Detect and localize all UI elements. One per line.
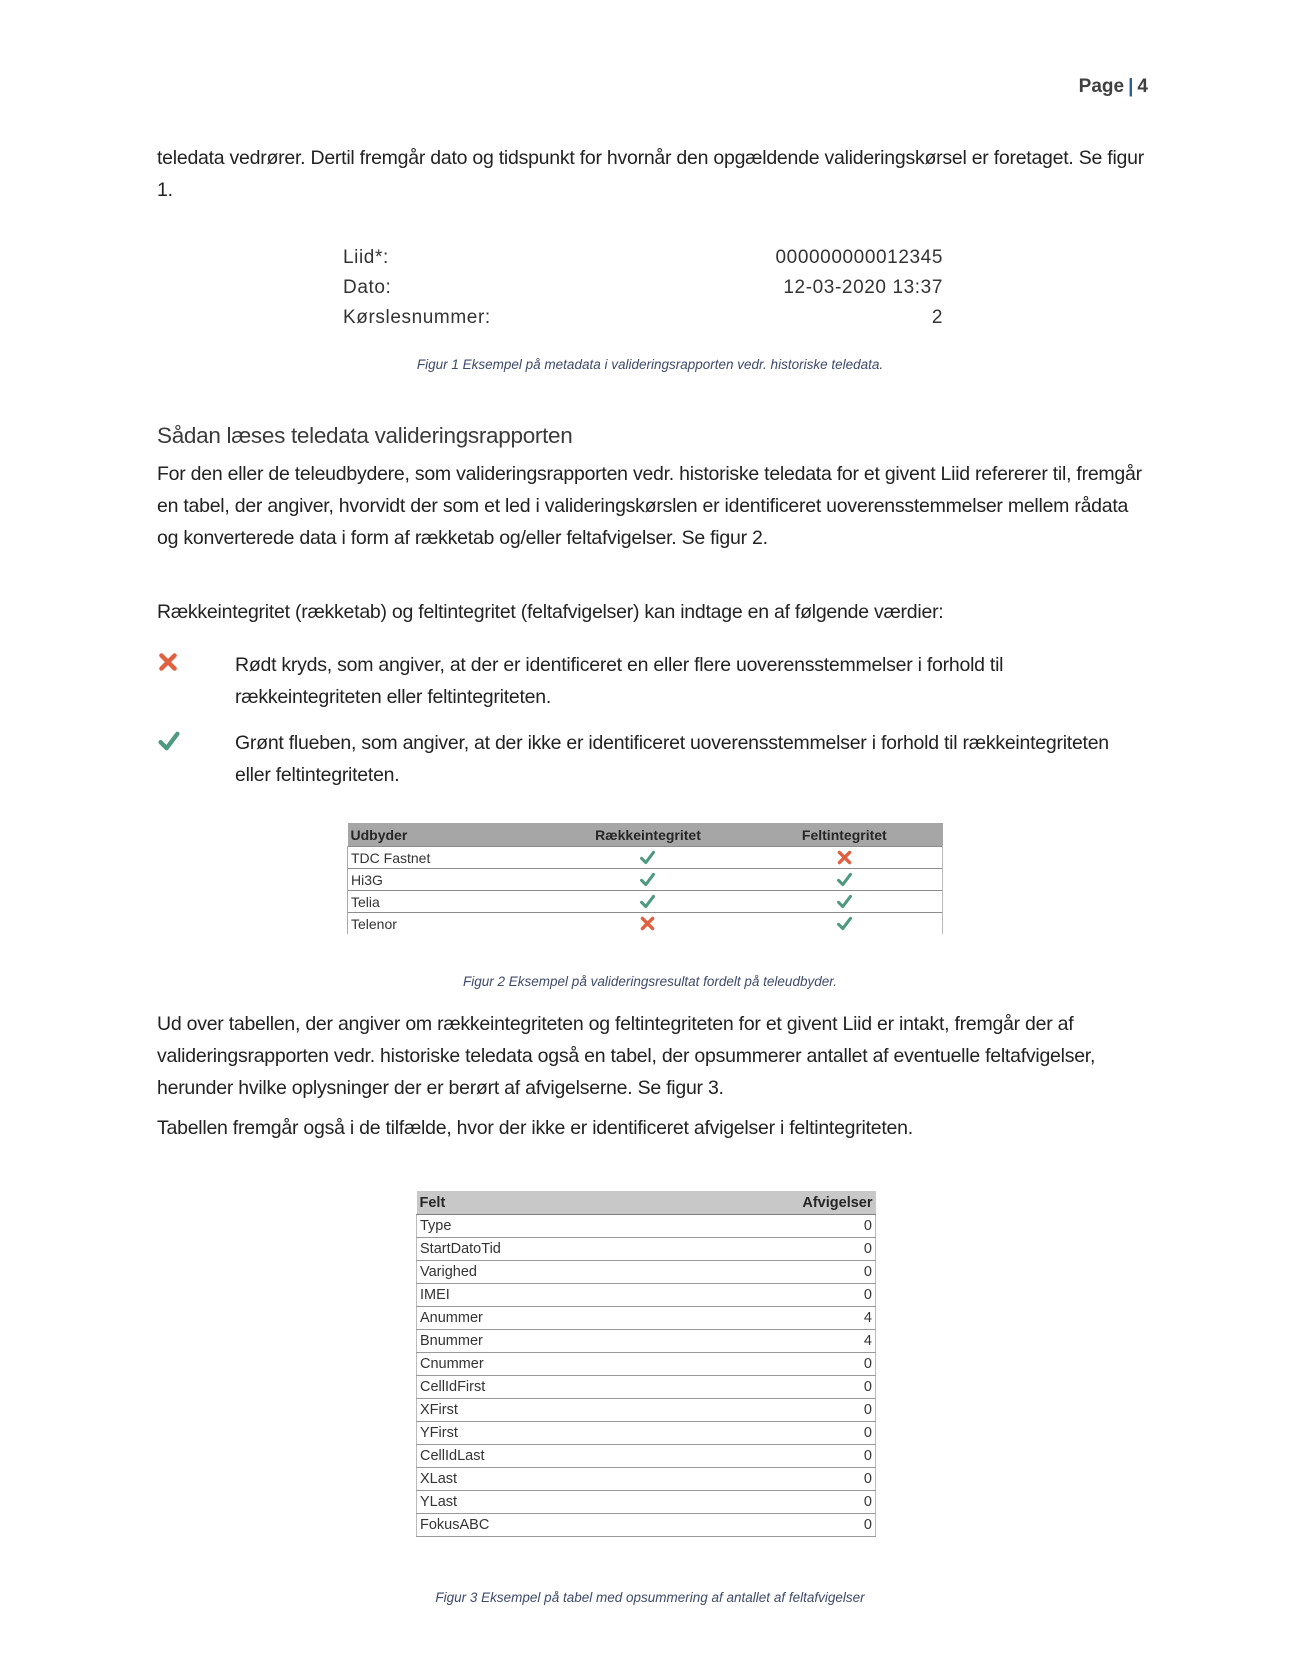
table-row: CellIdLast0 [417, 1445, 876, 1468]
metadata-label: Dato: [343, 273, 391, 303]
page-label: Page [1079, 76, 1124, 97]
section-body-paragraph: For den eller de teleudbydere, som valid… [157, 458, 1147, 554]
page-number: Page|4 [1079, 76, 1148, 98]
page-separator: | [1128, 76, 1133, 97]
table-row: YLast0 [417, 1491, 876, 1514]
metadata-value: 000000000012345 [775, 243, 943, 273]
after-table2-paragraph: Ud over tabellen, der angiver om rækkein… [157, 1008, 1147, 1104]
row-integrity-check-icon [550, 869, 746, 891]
field-name: FokusABC [417, 1514, 662, 1537]
field-deviation-table: Felt Afvigelser Type0StartDatoTid0Varigh… [416, 1191, 876, 1537]
field-integrity-cross-icon [746, 847, 942, 869]
deviation-count: 4 [662, 1307, 876, 1330]
row-integrity-check-icon [550, 847, 746, 869]
header-provider: Udbyder [348, 823, 550, 847]
table-row: CellIdFirst0 [417, 1376, 876, 1399]
metadata-value: 2 [932, 303, 943, 333]
field-integrity-check-icon [746, 913, 942, 935]
header-row-integrity: Rækkeintegritet [550, 823, 746, 847]
field-name: XLast [417, 1468, 662, 1491]
row-integrity-cross-icon [550, 913, 746, 935]
deviation-count: 0 [662, 1261, 876, 1284]
metadata-value: 12-03-2020 13:37 [783, 273, 943, 303]
field-name: Anummer [417, 1307, 662, 1330]
header-field-integrity: Feltintegritet [746, 823, 942, 847]
field-name: IMEI [417, 1284, 662, 1307]
values-intro-paragraph: Rækkeintegritet (rækketab) og feltintegr… [157, 596, 1147, 628]
table-row: Cnummer0 [417, 1353, 876, 1376]
table-row: Bnummer4 [417, 1330, 876, 1353]
row-integrity-check-icon [550, 891, 746, 913]
figure-1-caption: Figur 1 Eksempel på metadata i validerin… [0, 357, 1300, 372]
provider-name: Telenor [348, 913, 550, 935]
table-row: Telenor [348, 913, 943, 935]
metadata-row: Kørslesnummer:2 [343, 303, 943, 333]
table-note-paragraph: Tabellen fremgår også i de tilfælde, hvo… [157, 1112, 1147, 1144]
deviation-count: 0 [662, 1238, 876, 1261]
metadata-table: Liid*:000000000012345Dato:12-03-2020 13:… [343, 243, 943, 333]
field-name: YLast [417, 1491, 662, 1514]
table-row: Hi3G [348, 869, 943, 891]
table-row: YFirst0 [417, 1422, 876, 1445]
table-row: FokusABC0 [417, 1514, 876, 1537]
provider-name: TDC Fastnet [348, 847, 550, 869]
provider-integrity-table: Udbyder Rækkeintegritet Feltintegritet T… [347, 823, 943, 934]
deviation-count: 0 [662, 1422, 876, 1445]
metadata-label: Liid*: [343, 243, 389, 273]
field-integrity-check-icon [746, 869, 942, 891]
intro-paragraph: teledata vedrører. Dertil fremgår dato o… [157, 142, 1147, 206]
legend-text-check: Grønt flueben, som angiver, at der ikke … [235, 727, 1147, 791]
cross-icon [157, 649, 235, 713]
table-row: XLast0 [417, 1468, 876, 1491]
metadata-label: Kørslesnummer: [343, 303, 491, 333]
deviation-count: 0 [662, 1215, 876, 1238]
table-header-row: Udbyder Rækkeintegritet Feltintegritet [348, 823, 943, 847]
deviation-count: 0 [662, 1491, 876, 1514]
deviation-count: 0 [662, 1376, 876, 1399]
field-name: Bnummer [417, 1330, 662, 1353]
header-field: Felt [417, 1191, 662, 1215]
field-name: CellIdLast [417, 1445, 662, 1468]
field-integrity-check-icon [746, 891, 942, 913]
table-row: IMEI0 [417, 1284, 876, 1307]
table-row: XFirst0 [417, 1399, 876, 1422]
field-name: CellIdFirst [417, 1376, 662, 1399]
deviation-count: 0 [662, 1468, 876, 1491]
legend-item-cross: Rødt kryds, som angiver, at der er ident… [157, 649, 1147, 713]
metadata-row: Liid*:000000000012345 [343, 243, 943, 273]
deviation-count: 0 [662, 1514, 876, 1537]
deviation-count: 0 [662, 1445, 876, 1468]
field-name: Varighed [417, 1261, 662, 1284]
table-row: StartDatoTid0 [417, 1238, 876, 1261]
deviation-count: 4 [662, 1330, 876, 1353]
field-name: YFirst [417, 1422, 662, 1445]
table-row: Varighed0 [417, 1261, 876, 1284]
check-icon [157, 727, 235, 791]
table-row: Telia [348, 891, 943, 913]
table-row: Anummer4 [417, 1307, 876, 1330]
field-name: XFirst [417, 1399, 662, 1422]
table-row: Type0 [417, 1215, 876, 1238]
section-heading: Sådan læses teledata valideringsrapporte… [157, 423, 572, 449]
metadata-row: Dato:12-03-2020 13:37 [343, 273, 943, 303]
figure-3-caption: Figur 3 Eksempel på tabel med opsummerin… [0, 1590, 1300, 1605]
deviation-count: 0 [662, 1399, 876, 1422]
deviation-count: 0 [662, 1353, 876, 1376]
provider-name: Telia [348, 891, 550, 913]
header-deviations: Afvigelser [662, 1191, 876, 1215]
field-name: Cnummer [417, 1353, 662, 1376]
provider-name: Hi3G [348, 869, 550, 891]
field-name: StartDatoTid [417, 1238, 662, 1261]
table-row: TDC Fastnet [348, 847, 943, 869]
legend-text-cross: Rødt kryds, som angiver, at der er ident… [235, 649, 1147, 713]
deviation-count: 0 [662, 1284, 876, 1307]
page-number-value: 4 [1137, 76, 1148, 97]
field-name: Type [417, 1215, 662, 1238]
legend-item-check: Grønt flueben, som angiver, at der ikke … [157, 727, 1147, 791]
figure-2-caption: Figur 2 Eksempel på valideringsresultat … [0, 974, 1300, 989]
table-header-row: Felt Afvigelser [417, 1191, 876, 1215]
